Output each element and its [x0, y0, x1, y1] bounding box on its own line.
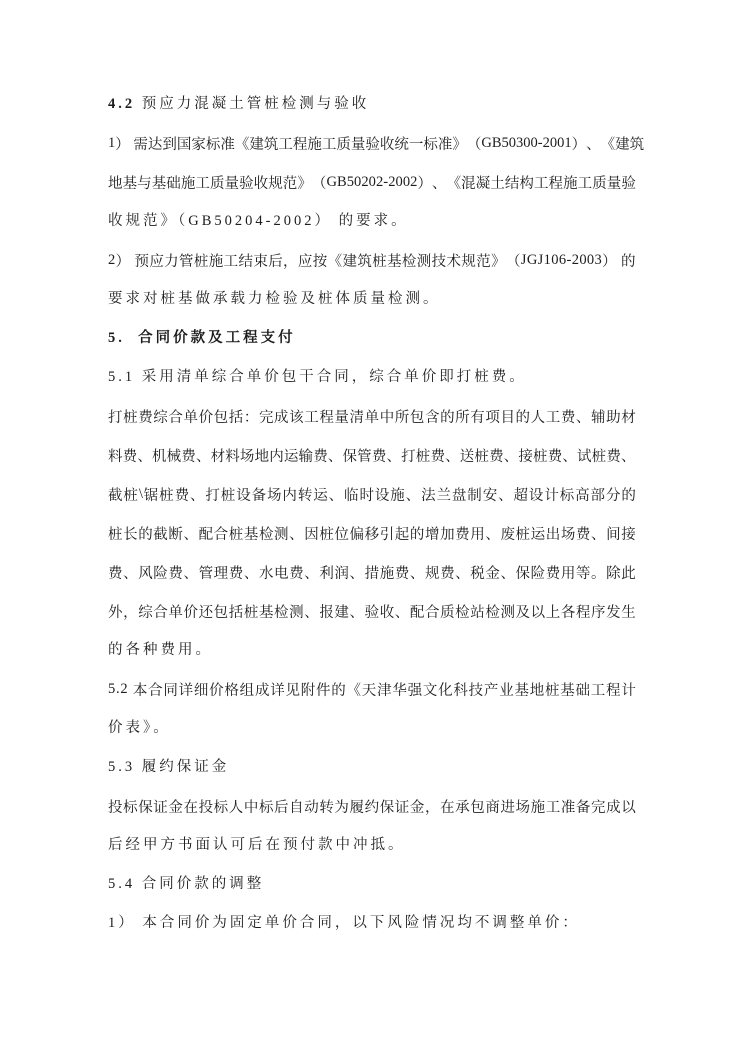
paragraph-line: 投标保证金在投标人中标后自动转为履约保证金，在承包商进场施工准备完成以	[108, 787, 636, 826]
document-content: 4.2 预应力混凝土管桩检测与验收1） 需达到国家标准《建筑工程施工质量验收统一…	[108, 85, 636, 943]
paragraph-line: 料费、机械费、材料场地内运输费、保管费、打桩费、送桩费、接桩费、试桩费、	[108, 436, 636, 475]
paragraph-line: 2） 预应力管桩施工结束后，应按《建筑桩基检测技术规范》（JGJ106-2003…	[108, 241, 636, 280]
paragraph-line: 5.4 合同价款的调整	[108, 865, 636, 904]
paragraph-line: 5.1 采用清单综合单价包干合同，综合单价即打桩费。	[108, 358, 636, 397]
paragraph-line: 收规范》（GB50204-2002） 的要求。	[108, 202, 636, 241]
paragraph-line: 外，综合单价还包括桩基检测、报建、验收、配合质检站检测及以上各程序发生	[108, 592, 636, 631]
paragraph-line: 1） 需达到国家标准《建筑工程施工质量验收统一标准》（GB50300-2001）…	[108, 124, 636, 163]
document-page: 4.2 预应力混凝土管桩检测与验收1） 需达到国家标准《建筑工程施工质量验收统一…	[0, 0, 744, 1052]
paragraph-line: 1） 本合同价为固定单价合同，以下风险情况均不调整单价：	[108, 904, 636, 943]
paragraph-line: 5.3 履约保证金	[108, 748, 636, 787]
paragraph-line: 后经甲方书面认可后在预付款中冲抵。	[108, 826, 636, 865]
paragraph-line: 桩长的截断、配合桩基检测、因桩位偏移引起的增加费用、废桩运出场费、间接	[108, 514, 636, 553]
paragraph-line: 地基与基础施工质量验收规范》（GB50202-2002）、《混凝土结构工程施工质…	[108, 163, 636, 202]
paragraph-line: 价表》。	[108, 709, 636, 748]
paragraph-line: 要求对桩基做承载力检验及桩体质量检测。	[108, 280, 636, 319]
subsection-heading: 4.2 预应力混凝土管桩检测与验收	[108, 85, 636, 124]
paragraph-line: 费、风险费、管理费、水电费、利润、措施费、规费、税金、保险费用等。除此	[108, 553, 636, 592]
section-heading: 5. 合同价款及工程支付	[108, 319, 636, 358]
paragraph-line: 截桩\锯桩费、打桩设备场内转运、临时设施、法兰盘制安、超设计标高部分的	[108, 475, 636, 514]
paragraph-line: 的各种费用。	[108, 631, 636, 670]
paragraph-line: 打桩费综合单价包括：完成该工程量清单中所包含的所有项目的人工费、辅助材	[108, 397, 636, 436]
paragraph-line: 5.2 本合同详细价格组成详见附件的《天津华强文化科技产业基地桩基础工程计	[108, 670, 636, 709]
